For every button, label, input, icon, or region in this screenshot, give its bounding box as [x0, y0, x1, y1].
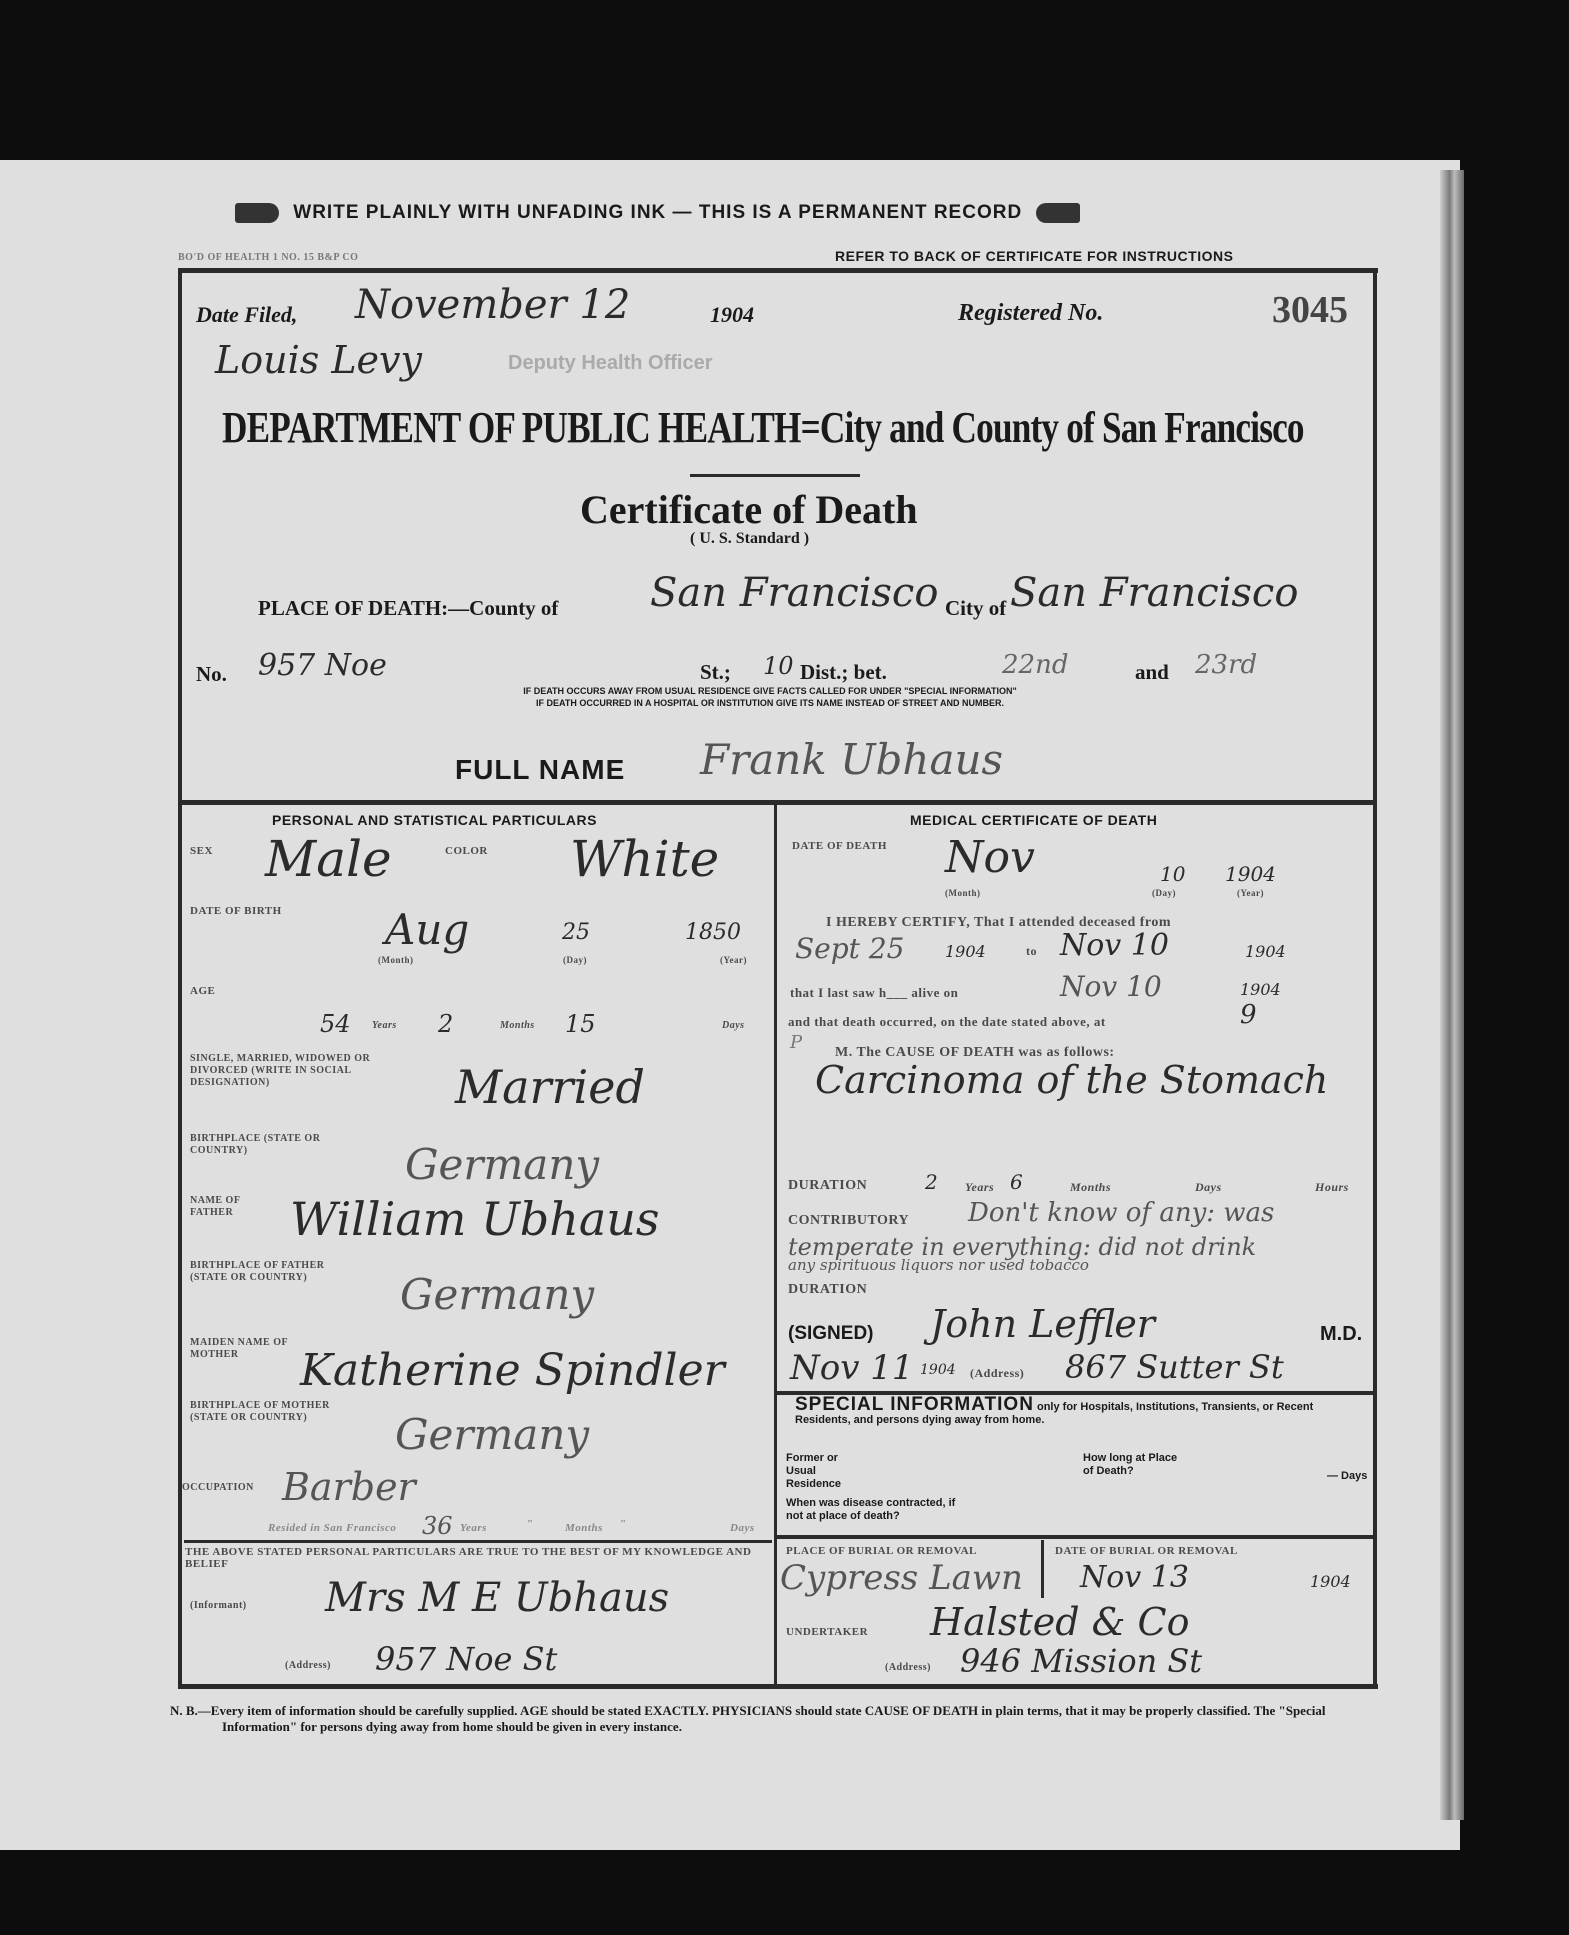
last-saw-label: that I last saw h___ alive on — [790, 985, 958, 1001]
dod-month: Nov — [945, 832, 1035, 883]
special-title: SPECIAL INFORMATION — [795, 1394, 1034, 1415]
duration-days-label: Days — [1195, 1180, 1222, 1195]
burial-column-divider — [1041, 1540, 1044, 1598]
age-label: AGE — [190, 985, 215, 997]
dob-year-label: (Year) — [720, 955, 747, 965]
resided-years-label: Years — [460, 1522, 487, 1534]
county-value: San Francisco — [650, 570, 938, 616]
dob-month-label: (Month) — [378, 955, 414, 965]
father-label: NAME OF FATHER — [190, 1195, 280, 1219]
signed-date: Nov 11 — [790, 1348, 914, 1388]
officer-title: Deputy Health Officer — [508, 352, 712, 375]
page-edge — [1440, 170, 1464, 1820]
undertaker-address-value: 946 Mission St — [960, 1642, 1202, 1680]
burial-place-label: PLACE OF BURIAL OR REMOVAL — [786, 1545, 977, 1557]
signed-value: John Leffler — [930, 1302, 1155, 1346]
dob-label: DATE OF BIRTH — [190, 905, 282, 917]
marital-label: SINGLE, MARRIED, WIDOWED OR DIVORCED (Wr… — [190, 1053, 420, 1089]
resided-label: Resided in San Francisco — [268, 1522, 396, 1534]
pointing-hand-icon — [1036, 203, 1080, 223]
mother-value: Katherine Spindler — [300, 1345, 725, 1396]
date-filed-value: November 12 — [355, 282, 630, 328]
personal-divider — [184, 1540, 772, 1543]
former-residence-label: Former or Usual Residence — [786, 1452, 856, 1491]
and-label: and — [1135, 660, 1169, 685]
frame-top — [178, 268, 1378, 273]
residence-note-line-2: IF DEATH OCCURRED IN A HOSPITAL OR INSTI… — [340, 697, 1200, 709]
department-title: DEPARTMENT OF PUBLIC HEALTH=City and Cou… — [222, 402, 1304, 453]
occupation-label: OCCUPATION — [182, 1482, 254, 1493]
signed-address-value: 867 Sutter St — [1065, 1348, 1284, 1386]
md-label: M.D. — [1320, 1323, 1362, 1346]
contributory-line-3: any spirituous liquors nor used tobacco — [788, 1256, 1089, 1274]
banner-text: WRITE PLAINLY WITH UNFADING INK — THIS I… — [293, 202, 1022, 223]
dod-year-label: (Year) — [1237, 888, 1264, 898]
dod-year: 1904 — [1225, 862, 1276, 886]
officer-signature: Louis Levy — [215, 338, 422, 382]
dod-month-label: (Month) — [945, 888, 981, 898]
informant-value: Mrs M E Ubhaus — [325, 1575, 669, 1621]
instructions-note: REFER TO BACK OF CERTIFICATE FOR INSTRUC… — [835, 248, 1233, 264]
father-birthplace-label: BIRTHPLACE OF FATHER (State or Country) — [190, 1260, 340, 1284]
between-street-1: 22nd — [1002, 650, 1068, 680]
burial-year: 1904 — [1310, 1572, 1351, 1591]
contributory-label: CONTRIBUTORY — [788, 1213, 909, 1229]
registered-number: 3045 — [1272, 288, 1348, 332]
banner: WRITE PLAINLY WITH UNFADING INK — THIS I… — [235, 202, 1335, 224]
sex-value: Male — [265, 830, 392, 888]
full-name-value: Frank Ubhaus — [700, 735, 1003, 784]
dod-day-label: (Day) — [1152, 888, 1176, 898]
duration-months-label: Months — [1070, 1180, 1111, 1195]
printer-note: Bo'd of Health 1 No. 15 B&P Co — [178, 252, 358, 263]
age-days-label: Days — [722, 1020, 745, 1031]
occupation-value: Barber — [282, 1465, 416, 1509]
color-value: White — [570, 830, 719, 888]
burial-divider — [776, 1535, 1374, 1539]
marital-value: Married — [455, 1060, 645, 1114]
attended-from-year: 1904 — [945, 942, 986, 961]
city-value: San Francisco — [1010, 570, 1298, 616]
dob-month: Aug — [385, 905, 469, 954]
resided-years: 36 — [422, 1512, 453, 1540]
age-years: 54 — [320, 1010, 351, 1038]
sex-label: SEX — [190, 845, 213, 857]
burial-date-value: Nov 13 — [1080, 1560, 1189, 1595]
personal-section-title: PERSONAL AND STATISTICAL PARTICULARS — [272, 812, 597, 828]
age-years-label: Years — [372, 1020, 397, 1031]
dob-day-label: (Day) — [563, 955, 587, 965]
burial-date-label: DATE of BURIAL or REMOVAL — [1055, 1545, 1238, 1557]
last-saw-year: 1904 — [1240, 980, 1281, 999]
duration-hours-label: Hours — [1315, 1180, 1349, 1195]
city-label: City of — [945, 596, 1006, 621]
attest-text: THE ABOVE STATED PERSONAL PARTICULARS AR… — [185, 1546, 765, 1570]
st-label: St.; — [700, 660, 731, 685]
residence-note: IF DEATH OCCURS AWAY FROM USUAL RESIDENC… — [340, 685, 1200, 709]
father-birthplace-value: Germany — [400, 1270, 594, 1319]
date-filed-label: Date Filed, — [196, 302, 297, 328]
am-pm: P — [790, 1032, 802, 1053]
registered-label: Registered No. — [958, 300, 1103, 327]
color-label: COLOR — [445, 845, 488, 857]
resided-days-label: Days — [730, 1522, 755, 1534]
frame-bottom — [178, 1684, 1378, 1689]
dod-day: 10 — [1160, 862, 1185, 886]
birthplace-label: BIRTHPLACE (State or Country) — [190, 1133, 340, 1157]
occurred-time: 9 — [1240, 1000, 1257, 1030]
dist-label: Dist.; bet. — [800, 660, 887, 685]
certificate-title: Certificate of Death — [580, 486, 918, 533]
full-name-label: FULL NAME — [455, 754, 625, 786]
attended-to-year: 1904 — [1245, 942, 1286, 961]
to-label: to — [1026, 944, 1037, 959]
footer-note: N. B.—Every item of information should b… — [170, 1703, 1332, 1735]
place-of-death-label: PLACE OF DEATH:—County of — [258, 596, 558, 621]
days-label: — Days — [1327, 1470, 1367, 1482]
special-header: SPECIAL INFORMATION only for Hospitals, … — [795, 1398, 1365, 1427]
certificate-subtitle: ( U. S. Standard ) — [690, 530, 809, 548]
attended-from: Sept 25 — [795, 932, 904, 965]
birthplace-value: Germany — [405, 1140, 599, 1189]
undertaker-address-label: (Address) — [885, 1662, 931, 1673]
residence-note-line-1: IF DEATH OCCURS AWAY FROM USUAL RESIDENC… — [340, 685, 1200, 697]
medical-section-title: MEDICAL CERTIFICATE OF DEATH — [910, 812, 1157, 828]
street-no-value: 957 Noe — [258, 648, 387, 683]
father-value: William Ubhaus — [290, 1192, 659, 1246]
column-divider — [774, 805, 777, 1685]
duration-months: 6 — [1010, 1170, 1023, 1194]
mother-birthplace-value: Germany — [395, 1410, 589, 1459]
filed-year: 1904 — [710, 302, 754, 328]
section-divider — [180, 800, 1376, 805]
contracted-label: When was disease contracted, if not at p… — [786, 1497, 956, 1523]
how-long-label: How long at Place of Death? — [1083, 1452, 1178, 1478]
signed-address-label: (Address) — [970, 1366, 1024, 1381]
dist-value: 10 — [763, 652, 794, 680]
informant-address-value: 957 Noe St — [375, 1640, 557, 1678]
dob-year: 1850 — [685, 920, 741, 945]
resided-months-label: Months — [565, 1522, 603, 1534]
age-days: 15 — [565, 1010, 596, 1038]
informant-label: (Informant) — [190, 1600, 247, 1611]
no-label: No. — [196, 662, 227, 687]
occurred-text: and that death occurred, on the date sta… — [788, 1014, 1106, 1030]
pointing-hand-icon — [235, 203, 279, 223]
attended-to: Nov 10 — [1060, 928, 1169, 963]
dod-label: DATE OF DEATH — [792, 840, 887, 852]
age-months: 2 — [438, 1010, 453, 1038]
last-saw-date: Nov 10 — [1060, 970, 1162, 1003]
cause-value: Carcinoma of the Stomach — [815, 1058, 1328, 1102]
age-months-label: Months — [500, 1020, 535, 1031]
duration-years: 2 — [925, 1170, 938, 1194]
resided-days: " — [620, 1518, 627, 1530]
mother-birthplace-label: BIRTHPLACE OF MOTHER (State or Country) — [190, 1400, 340, 1424]
title-divider — [690, 474, 860, 477]
between-street-2: 23rd — [1195, 650, 1257, 680]
informant-address-label: (Address) — [285, 1660, 331, 1671]
signed-year: 1904 — [920, 1362, 956, 1378]
frame-right — [1373, 268, 1377, 1686]
burial-place-value: Cypress Lawn — [780, 1558, 1023, 1598]
resided-months: " — [527, 1518, 534, 1530]
duration-label: DURATION — [788, 1178, 867, 1194]
signed-label: (SIGNED) — [788, 1323, 874, 1345]
undertaker-value: Halsted & Co — [930, 1600, 1189, 1644]
duration-years-label: Years — [965, 1180, 994, 1195]
dob-day: 25 — [562, 920, 590, 945]
frame-left — [178, 268, 182, 1686]
duration2-label: DURATION — [788, 1282, 867, 1298]
undertaker-label: UNDERTAKER — [786, 1626, 868, 1638]
contributory-line-1: Don't know of any: was — [968, 1198, 1274, 1228]
